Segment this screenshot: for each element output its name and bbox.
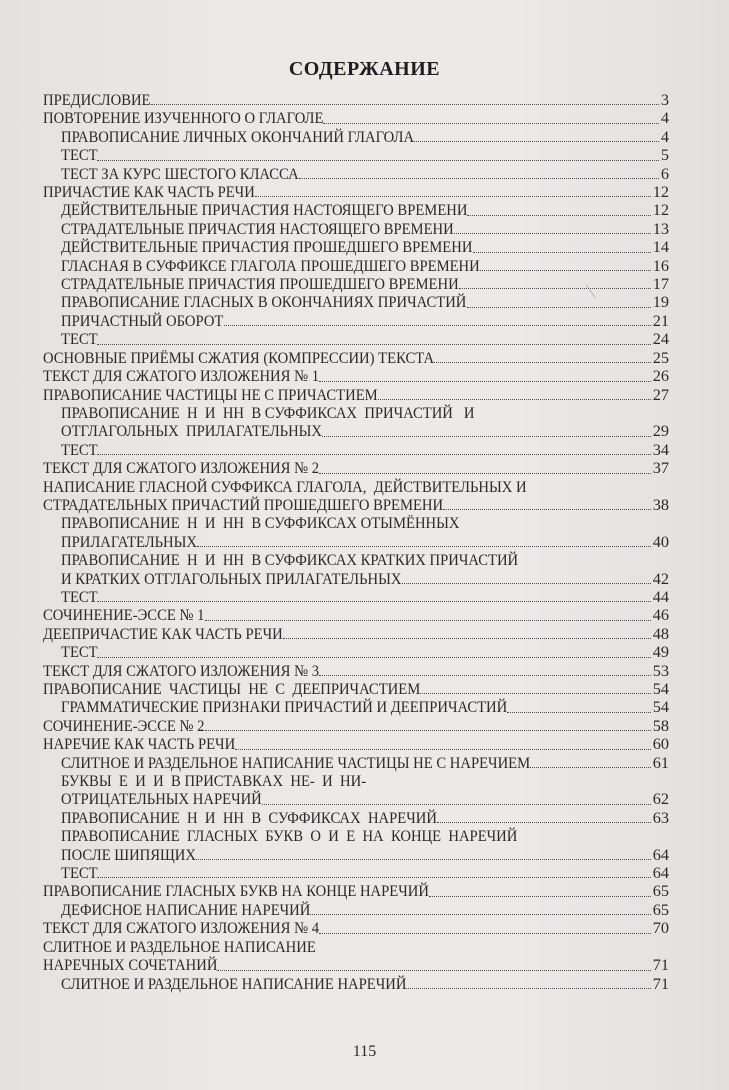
toc-entry-label: ДЕФИСНОЕ НАПИСАНИЕ НАРЕЧИЙ	[61, 901, 310, 919]
dot-leader	[323, 123, 659, 124]
toc-entry-label: ПРАВОПИСАНИЕ ЧАСТИЦЫ НЕ С ДЕЕПРИЧАСТИЕМ	[43, 680, 420, 698]
dot-leader	[319, 473, 651, 474]
toc-entry-label: ПРАВОПИСАНИЕ ЧАСТИЦЫ НЕ С ПРИЧАСТИЕМ	[43, 386, 378, 404]
toc-entry: ПРАВОПИСАНИЕ ГЛАСНЫХ БУКВ О И Е НА КОНЦЕ…	[43, 827, 669, 845]
toc-entry-label: СЛИТНОЕ И РАЗДЕЛЬНОЕ НАПИСАНИЕ ЧАСТИЦЫ Н…	[61, 754, 530, 772]
toc-entry-page: 46	[653, 606, 669, 624]
dot-leader	[434, 362, 651, 363]
toc-entry: ПРАВОПИСАНИЕ Н И НН В СУФФИКСАХ КРАТКИХ …	[43, 551, 669, 569]
toc-entry-page: 40	[653, 533, 669, 551]
toc-entry-label: ПРАВОПИСАНИЕ ГЛАСНЫХ БУКВ НА КОНЦЕ НАРЕЧ…	[43, 882, 429, 900]
toc-entry-label: ТЕКСТ ДЛЯ СЖАТОГО ИЗЛОЖЕНИЯ № 2	[43, 459, 319, 477]
toc-entry-page: 44	[653, 588, 669, 606]
toc-entry: ОТРИЦАТЕЛЬНЫХ НАРЕЧИЙ62	[43, 790, 669, 808]
toc-entry: ПРАВОПИСАНИЕ ЧАСТИЦЫ НЕ С ПРИЧАСТИЕМ27	[43, 386, 669, 404]
dot-leader	[402, 583, 651, 584]
dot-leader	[97, 160, 659, 161]
dot-leader	[378, 399, 651, 400]
dot-leader	[299, 178, 659, 179]
toc-entry: ПРАВОПИСАНИЕ ЛИЧНЫХ ОКОНЧАНИЙ ГЛАГОЛА4	[43, 128, 669, 146]
page-title: СОДЕРЖАНИЕ	[0, 58, 729, 81]
toc-entry: СТРАДАТЕЛЬНЫЕ ПРИЧАСТИЯ НАСТОЯЩЕГО ВРЕМЕ…	[43, 220, 669, 238]
toc-entry-label: ПРАВОПИСАНИЕ ГЛАСНЫХ В ОКОНЧАНИЯХ ПРИЧАС…	[61, 293, 466, 311]
dot-leader	[322, 436, 651, 437]
toc-entry: СЛИТНОЕ И РАЗДЕЛЬНОЕ НАПИСАНИЕ	[43, 938, 669, 956]
toc-entry-page: 34	[653, 441, 669, 459]
dot-leader	[97, 454, 650, 455]
toc-entry-page: 38	[653, 496, 669, 514]
toc-entry: ПРЕДИСЛОВИЕ3	[43, 91, 669, 109]
toc-entry-label: НАРЕЧНЫХ СОЧЕТАНИЙ	[43, 956, 217, 974]
dot-leader	[473, 252, 651, 253]
toc-entry: ТЕСТ64	[43, 864, 669, 882]
toc-entry: СОЧИНЕНИЕ-ЭССЕ № 258	[43, 717, 669, 735]
toc-entry-label: ТЕСТ ЗА КУРС ШЕСТОГО КЛАССА	[61, 165, 299, 183]
toc-entry-label: ПРИЧАСТИЕ КАК ЧАСТЬ РЕЧИ	[43, 183, 255, 201]
toc-entry: БУКВЫ Е И И В ПРИСТАВКАХ НЕ- И НИ-	[43, 772, 669, 790]
toc-entry-label: ТЕСТ	[61, 330, 98, 348]
toc-entry: СЛИТНОЕ И РАЗДЕЛЬНОЕ НАПИСАНИЕ ЧАСТИЦЫ Н…	[43, 754, 669, 772]
dot-leader	[420, 693, 650, 694]
toc-entry: ТЕСТ5	[43, 146, 669, 164]
toc-entry-page: 60	[653, 735, 669, 753]
toc-entry-page: 21	[653, 312, 669, 330]
toc-entry: ГЛАСНАЯ В СУФФИКСЕ ГЛАГОЛА ПРОШЕДШЕГО ВР…	[43, 257, 669, 275]
toc-entry-page: 3	[661, 91, 669, 109]
dot-leader	[196, 859, 651, 860]
toc-entry-label: ПРИЧАСТНЫЙ ОБОРОТ	[61, 312, 223, 330]
toc-entry-label: ТЕСТ	[61, 643, 98, 661]
dot-leader	[319, 675, 651, 676]
toc-entry-label: ДЕЕПРИЧАСТИЕ КАК ЧАСТЬ РЕЧИ	[43, 625, 283, 643]
toc-entry: ПРАВОПИСАНИЕ ЧАСТИЦЫ НЕ С ДЕЕПРИЧАСТИЕМ5…	[43, 680, 669, 698]
toc-entry-label: СТРАДАТЕЛЬНЫЕ ПРИЧАСТИЯ НАСТОЯЩЕГО ВРЕМЕ…	[61, 220, 454, 238]
toc-entry-label: ТЕСТ	[61, 146, 98, 164]
toc-entry-page: 61	[653, 754, 669, 772]
toc-entry: ТЕСТ44	[43, 588, 669, 606]
toc-entry-page: 4	[661, 128, 669, 146]
toc-entry: ПРИЛАГАТЕЛЬНЫХ40	[43, 533, 669, 551]
toc-entry: СТРАДАТЕЛЬНЫЕ ПРИЧАСТИЯ ПРОШЕДШЕГО ВРЕМЕ…	[43, 275, 669, 293]
toc-entry: НАРЕЧНЫХ СОЧЕТАНИЙ71	[43, 956, 669, 974]
dot-leader	[255, 196, 651, 197]
toc-entry: ТЕСТ24	[43, 330, 669, 348]
toc-entry-page: 4	[661, 109, 669, 127]
toc-entry-page: 13	[653, 220, 669, 238]
dot-leader	[97, 344, 650, 345]
toc-entry-label: ДЕЙСТВИТЕЛЬНЫЕ ПРИЧАСТИЯ ПРОШЕДШЕГО ВРЕМ…	[61, 238, 472, 256]
toc-entry-page: 71	[653, 956, 669, 974]
dot-leader	[217, 970, 651, 971]
toc-entry: ТЕКСТ ДЛЯ СЖАТОГО ИЗЛОЖЕНИЯ № 237	[43, 459, 669, 477]
toc-entry-label: И КРАТКИХ ОТГЛАГОЛЬНЫХ ПРИЛАГАТЕЛЬНЫХ	[61, 570, 401, 588]
toc-entry: НАПИСАНИЕ ГЛАСНОЙ СУФФИКСА ГЛАГОЛА, ДЕЙС…	[43, 478, 669, 496]
dot-leader	[224, 325, 651, 326]
toc-entry-label: ПОСЛЕ ШИПЯЩИХ	[61, 846, 196, 864]
toc-entry-page: 65	[653, 901, 669, 919]
toc-entry: ПРАВОПИСАНИЕ ГЛАСНЫХ БУКВ НА КОНЦЕ НАРЕЧ…	[43, 882, 669, 900]
toc-entry-page: 71	[653, 975, 669, 993]
toc-entry: ПРАВОПИСАНИЕ Н И НН В СУФФИКСАХ ПРИЧАСТИ…	[43, 404, 669, 422]
dot-leader	[319, 933, 651, 934]
dot-leader	[97, 601, 650, 602]
toc-entry-page: 58	[653, 717, 669, 735]
toc-entry: ПРИЧАСТНЫЙ ОБОРОТ21	[43, 312, 669, 330]
toc-entry-page: 48	[653, 625, 669, 643]
toc-entry-label: ПРАВОПИСАНИЕ Н И НН В СУФФИКСАХ ОТЫМЁННЫ…	[61, 514, 459, 532]
toc-entry-label: ТЕСТ	[61, 441, 98, 459]
toc-entry-label: ТЕКСТ ДЛЯ СЖАТОГО ИЗЛОЖЕНИЯ № 4	[43, 919, 319, 937]
table-of-contents: ПРЕДИСЛОВИЕ3ПОВТОРЕНИЕ ИЗУЧЕННОГО О ГЛАГ…	[43, 91, 669, 993]
toc-entry: ТЕСТ34	[43, 441, 669, 459]
toc-entry-label: СОЧИНЕНИЕ-ЭССЕ № 1	[43, 606, 204, 624]
toc-entry: ПРАВОПИСАНИЕ Н И НН В СУФФИКСАХ НАРЕЧИЙ6…	[43, 809, 669, 827]
dot-leader	[151, 104, 659, 105]
dot-leader	[262, 804, 651, 805]
toc-entry: ТЕКСТ ДЛЯ СЖАТОГО ИЗЛОЖЕНИЯ № 353	[43, 662, 669, 680]
toc-entry: ПОСЛЕ ШИПЯЩИХ64	[43, 846, 669, 864]
toc-entry-page: 12	[653, 201, 669, 219]
toc-entry-label: ГРАММАТИЧЕСКИЕ ПРИЗНАКИ ПРИЧАСТИЙ И ДЕЕП…	[61, 698, 507, 716]
toc-entry-label: ПРЕДИСЛОВИЕ	[43, 91, 151, 109]
dot-leader	[437, 822, 651, 823]
dot-leader	[197, 546, 651, 547]
toc-entry: ПОВТОРЕНИЕ ИЗУЧЕННОГО О ГЛАГОЛЕ4	[43, 109, 669, 127]
toc-entry-page: 6	[661, 165, 669, 183]
toc-entry: ТЕСТ ЗА КУРС ШЕСТОГО КЛАССА6	[43, 165, 669, 183]
toc-entry: ПРАВОПИСАНИЕ ГЛАСНЫХ В ОКОНЧАНИЯХ ПРИЧАС…	[43, 293, 669, 311]
dot-leader	[530, 767, 650, 768]
dot-leader	[97, 657, 650, 658]
toc-entry-label: ПРАВОПИСАНИЕ ЛИЧНЫХ ОКОНЧАНИЙ ГЛАГОЛА	[61, 128, 414, 146]
dot-leader	[235, 749, 651, 750]
dot-leader	[454, 233, 651, 234]
dot-leader	[310, 914, 650, 915]
toc-entry-label: ТЕКСТ ДЛЯ СЖАТОГО ИЗЛОЖЕНИЯ № 1	[43, 367, 319, 385]
toc-entry-label: ПРАВОПИСАНИЕ Н И НН В СУФФИКСАХ КРАТКИХ …	[61, 551, 518, 569]
toc-entry: ГРАММАТИЧЕСКИЕ ПРИЗНАКИ ПРИЧАСТИЙ И ДЕЕП…	[43, 698, 669, 716]
toc-entry-label: ПРИЛАГАТЕЛЬНЫХ	[61, 533, 197, 551]
toc-entry-label: ОТРИЦАТЕЛЬНЫХ НАРЕЧИЙ	[61, 790, 262, 808]
toc-entry-label: ТЕСТ	[61, 864, 98, 882]
toc-entry-label: ПРАВОПИСАНИЕ Н И НН В СУФФИКСАХ НАРЕЧИЙ	[61, 809, 437, 827]
toc-entry: ПРАВОПИСАНИЕ Н И НН В СУФФИКСАХ ОТЫМЁННЫ…	[43, 514, 669, 532]
toc-entry: СОЧИНЕНИЕ-ЭССЕ № 146	[43, 606, 669, 624]
toc-entry-label: ДЕЙСТВИТЕЛЬНЫЕ ПРИЧАСТИЯ НАСТОЯЩЕГО ВРЕМ…	[61, 201, 467, 219]
toc-entry-page: 49	[653, 643, 669, 661]
toc-entry: ТЕКСТ ДЛЯ СЖАТОГО ИЗЛОЖЕНИЯ № 470	[43, 919, 669, 937]
toc-entry-page: 14	[653, 238, 669, 256]
dot-leader	[507, 712, 651, 713]
dot-leader	[443, 509, 651, 510]
toc-entry: ПРИЧАСТИЕ КАК ЧАСТЬ РЕЧИ12	[43, 183, 669, 201]
toc-entry-page: 53	[653, 662, 669, 680]
toc-entry-page: 19	[653, 293, 669, 311]
toc-entry-label: ГЛАСНАЯ В СУФФИКСЕ ГЛАГОЛА ПРОШЕДШЕГО ВР…	[61, 257, 480, 275]
toc-entry: ОСНОВНЫЕ ПРИЁМЫ СЖАТИЯ (КОМПРЕССИИ) ТЕКС…	[43, 349, 669, 367]
toc-entry-label: ПРАВОПИСАНИЕ ГЛАСНЫХ БУКВ О И Е НА КОНЦЕ…	[61, 827, 517, 845]
toc-entry-label: НАПИСАНИЕ ГЛАСНОЙ СУФФИКСА ГЛАГОЛА, ДЕЙС…	[43, 478, 527, 496]
toc-entry: СЛИТНОЕ И РАЗДЕЛЬНОЕ НАПИСАНИЕ НАРЕЧИЙ71	[43, 975, 669, 993]
toc-entry-label: СОЧИНЕНИЕ-ЭССЕ № 2	[43, 717, 204, 735]
toc-entry-page: 16	[653, 257, 669, 275]
toc-entry-page: 5	[661, 146, 669, 164]
dot-leader	[467, 215, 651, 216]
toc-entry-label: СТРАДАТЕЛЬНЫХ ПРИЧАСТИЙ ПРОШЕДШЕГО ВРЕМЕ…	[43, 496, 443, 514]
toc-entry-label: НАРЕЧИЕ КАК ЧАСТЬ РЕЧИ	[43, 735, 235, 753]
toc-entry: ДЕЕПРИЧАСТИЕ КАК ЧАСТЬ РЕЧИ48	[43, 625, 669, 643]
toc-entry: ОТГЛАГОЛЬНЫХ ПРИЛАГАТЕЛЬНЫХ29	[43, 422, 669, 440]
dot-leader	[205, 730, 651, 731]
toc-entry-page: 54	[653, 680, 669, 698]
dot-leader	[459, 288, 651, 289]
toc-entry-label: ПОВТОРЕНИЕ ИЗУЧЕННОГО О ГЛАГОЛЕ	[43, 109, 323, 127]
dot-leader	[406, 988, 651, 989]
toc-entry-page: 65	[653, 882, 669, 900]
toc-entry-page: 29	[653, 422, 669, 440]
toc-entry-label: ОСНОВНЫЕ ПРИЁМЫ СЖАТИЯ (КОМПРЕССИИ) ТЕКС…	[43, 349, 434, 367]
dot-leader	[467, 307, 651, 308]
toc-entry: СТРАДАТЕЛЬНЫХ ПРИЧАСТИЙ ПРОШЕДШЕГО ВРЕМЕ…	[43, 496, 669, 514]
toc-entry-label: СЛИТНОЕ И РАЗДЕЛЬНОЕ НАПИСАНИЕ	[43, 938, 316, 956]
page-number: 115	[0, 1043, 729, 1061]
dot-leader	[429, 896, 651, 897]
toc-entry: ТЕСТ49	[43, 643, 669, 661]
toc-entry-label: БУКВЫ Е И И В ПРИСТАВКАХ НЕ- И НИ-	[61, 772, 366, 790]
toc-entry-label: ОТГЛАГОЛЬНЫХ ПРИЛАГАТЕЛЬНЫХ	[61, 422, 322, 440]
dot-leader	[283, 638, 651, 639]
toc-entry: И КРАТКИХ ОТГЛАГОЛЬНЫХ ПРИЛАГАТЕЛЬНЫХ42	[43, 570, 669, 588]
dot-leader	[205, 620, 651, 621]
toc-entry-label: СТРАДАТЕЛЬНЫЕ ПРИЧАСТИЯ ПРОШЕДШЕГО ВРЕМЕ…	[61, 275, 459, 293]
toc-entry-label: ТЕСТ	[61, 588, 98, 606]
toc-entry-page: 27	[653, 386, 669, 404]
toc-entry: ДЕЙСТВИТЕЛЬНЫЕ ПРИЧАСТИЯ ПРОШЕДШЕГО ВРЕМ…	[43, 238, 669, 256]
toc-entry-page: 24	[653, 330, 669, 348]
dot-leader	[319, 381, 651, 382]
dot-leader	[480, 270, 651, 271]
toc-entry-page: 37	[653, 459, 669, 477]
toc-entry-page: 25	[653, 349, 669, 367]
toc-entry-page: 70	[653, 919, 669, 937]
toc-entry-page: 64	[653, 846, 669, 864]
toc-entry-page: 63	[653, 809, 669, 827]
toc-entry-page: 42	[653, 570, 669, 588]
toc-entry-page: 54	[653, 698, 669, 716]
toc-entry-label: СЛИТНОЕ И РАЗДЕЛЬНОЕ НАПИСАНИЕ НАРЕЧИЙ	[61, 975, 406, 993]
toc-entry: ДЕФИСНОЕ НАПИСАНИЕ НАРЕЧИЙ65	[43, 901, 669, 919]
toc-entry-page: 62	[653, 790, 669, 808]
toc-entry-page: 12	[653, 183, 669, 201]
toc-entry: ДЕЙСТВИТЕЛЬНЫЕ ПРИЧАСТИЯ НАСТОЯЩЕГО ВРЕМ…	[43, 201, 669, 219]
toc-entry-label: ТЕКСТ ДЛЯ СЖАТОГО ИЗЛОЖЕНИЯ № 3	[43, 662, 319, 680]
toc-entry-label: ПРАВОПИСАНИЕ Н И НН В СУФФИКСАХ ПРИЧАСТИ…	[61, 404, 474, 422]
toc-entry-page: 26	[653, 367, 669, 385]
dot-leader	[97, 877, 650, 878]
toc-entry-page: 64	[653, 864, 669, 882]
dot-leader	[414, 141, 659, 142]
toc-entry-page: 17	[653, 275, 669, 293]
toc-entry: НАРЕЧИЕ КАК ЧАСТЬ РЕЧИ60	[43, 735, 669, 753]
toc-entry: ТЕКСТ ДЛЯ СЖАТОГО ИЗЛОЖЕНИЯ № 126	[43, 367, 669, 385]
